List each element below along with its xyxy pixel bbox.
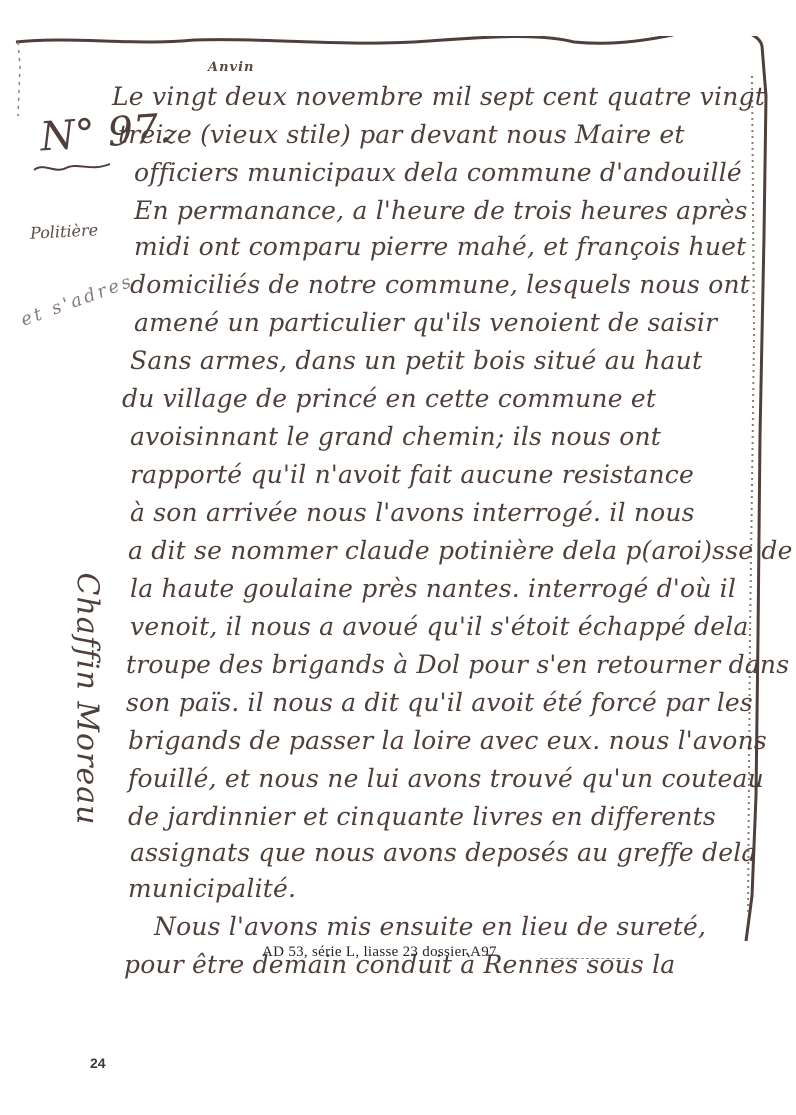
- manuscript-line: Sans armes, dans un petit bois situé au …: [130, 346, 702, 375]
- manuscript-line: treize (vieux stile) par devant nous Mai…: [118, 120, 685, 149]
- manuscript-line: la haute goulaine près nantes. interrogé…: [130, 574, 736, 603]
- manuscript-line: avoisinnant le grand chemin; ils nous on…: [130, 422, 661, 451]
- manuscript-line: troupe des brigands à Dol pour s'en reto…: [126, 650, 789, 679]
- manuscript-line: En permanance, a l'heure de trois heures…: [134, 196, 748, 225]
- margin-signature: Chaffin Moreau: [70, 573, 105, 803]
- margin-note-name: Politière: [30, 220, 99, 243]
- page-number: 24: [90, 1055, 106, 1071]
- manuscript-line: venoit, il nous a avoué qu'il s'étoit éc…: [130, 612, 749, 641]
- manuscript-line: a dit se nommer claude potinière dela p(…: [128, 536, 793, 565]
- manuscript-line: du village de princé en cette commune et: [122, 384, 656, 413]
- caption-dashed-line: [540, 958, 630, 959]
- manuscript-line: brigands de passer la loire avec eux. no…: [128, 726, 767, 755]
- manuscript-line: officiers municipaux dela commune d'ando…: [134, 158, 742, 187]
- manuscript-line: Nous l'avons mis ensuite en lieu de sure…: [154, 912, 706, 941]
- manuscript-line: rapporté qu'il n'avoit fait aucune resis…: [130, 460, 694, 489]
- manuscript-line: Le vingt deux novembre mil sept cent qua…: [112, 82, 765, 111]
- manuscript-line: midi ont comparu pierre mahé, et françoi…: [134, 232, 746, 261]
- manuscript-line: à son arrivée nous l'avons interrogé. il…: [130, 498, 695, 527]
- archive-caption: AD 53, série L, liasse 23 dossier A97: [262, 944, 497, 961]
- manuscript-line: assignats que nous avons deposés au gref…: [130, 838, 757, 867]
- top-scribble: Anvin: [208, 60, 254, 75]
- manuscript-line: amené un particulier qu'ils venoient de …: [134, 308, 717, 337]
- manuscript-line: domiciliés de notre commune, lesquels no…: [130, 270, 750, 299]
- manuscript-line: municipalité.: [128, 874, 296, 903]
- number-flourish-icon: [32, 160, 112, 176]
- manuscript-line: fouillé, et nous ne lui avons trouvé qu'…: [128, 764, 764, 793]
- manuscript-line: son païs. il nous a dit qu'il avoit été …: [126, 688, 753, 717]
- manuscript-line: de jardinnier et cinquante livres en dif…: [128, 802, 716, 831]
- margin-note-smudge: et s'adres: [18, 270, 137, 330]
